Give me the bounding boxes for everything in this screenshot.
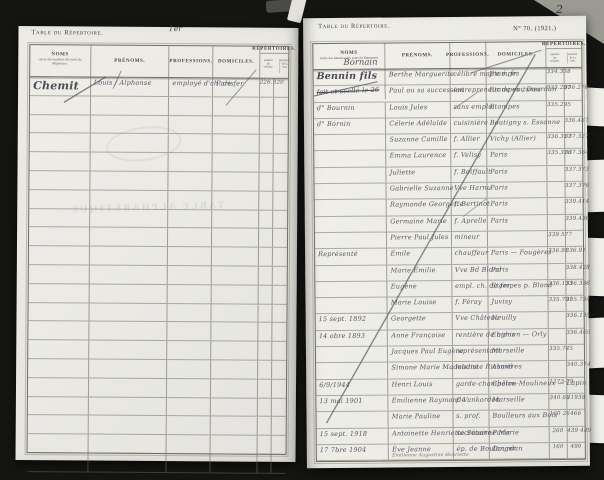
prenoms-subtext bbox=[92, 267, 167, 268]
prenoms-text: Ève Jeanne bbox=[392, 445, 431, 453]
cell-profession bbox=[168, 210, 212, 228]
cell-repertoire-volume: 334.338 bbox=[547, 68, 565, 83]
cell-repertoire-case: 466 bbox=[567, 410, 585, 425]
cell-repertoire-case: 337.376 bbox=[565, 182, 583, 197]
handwritten-folio-number: 2 bbox=[556, 4, 563, 15]
prenoms-subtext bbox=[93, 210, 168, 211]
cell-domicile: Boulleurs aux Bois bbox=[489, 410, 549, 426]
table-row: 17 7bre 1904 Ève Jeanne Emilienne August… bbox=[317, 443, 585, 462]
prenoms-subtext bbox=[92, 398, 167, 399]
cell-noms: 15 sept. 1918 bbox=[317, 428, 389, 444]
cell-prenoms: Anne Françoise bbox=[388, 330, 452, 346]
cell-repertoire-volume: 336.133 bbox=[548, 280, 566, 295]
cell-noms bbox=[29, 190, 90, 208]
cell-profession: f. Féray bbox=[452, 297, 488, 313]
cell-profession bbox=[167, 454, 211, 472]
table-row bbox=[29, 190, 287, 211]
header-prenoms: PRÉNOMS. bbox=[91, 46, 170, 78]
cell-noms: 13 mai 1901 bbox=[316, 395, 388, 411]
cell-domicile bbox=[213, 172, 260, 190]
cell-prenoms: Pierre Paul Jules bbox=[387, 232, 451, 248]
cell-profession: ép. de Boulanger bbox=[453, 443, 489, 459]
cell-repertoire-volume bbox=[257, 455, 271, 473]
cell-noms bbox=[315, 232, 387, 248]
cell-repertoire-case bbox=[273, 173, 287, 191]
prenoms-text: Juliette bbox=[390, 168, 416, 176]
table-body: Chemit Louis / Alphonse employé d'ch. de… bbox=[27, 77, 288, 474]
cell-profession bbox=[167, 398, 211, 416]
cell-profession: Vve Bd Blond bbox=[452, 264, 488, 280]
right-page: Table du Répertoire. N° 70. (1921.) NOMS… bbox=[303, 16, 590, 468]
cell-profession: garde-champêtre bbox=[453, 378, 489, 394]
cell-repertoire-volume: 335.295 bbox=[547, 101, 565, 116]
header-repertoires: RÉPERTOIRES. numéro du volume. numéro de… bbox=[546, 42, 581, 67]
cell-repertoire-volume bbox=[549, 329, 567, 344]
prenoms-subtext bbox=[93, 191, 168, 192]
cell-repertoire-case: 337.373 bbox=[565, 166, 583, 181]
table-row bbox=[28, 303, 286, 324]
cell-prenoms: Suzanne Camille bbox=[386, 134, 450, 150]
prenoms-text: Pierre Paul Jules bbox=[390, 233, 448, 242]
cell-prenoms: Marie Pauline bbox=[389, 411, 453, 427]
cell-domicile bbox=[211, 417, 258, 435]
cell-domicile bbox=[211, 436, 258, 454]
cell-repertoire-volume bbox=[258, 379, 272, 397]
table-row: Chemit Louis / Alphonse employé d'ch. de… bbox=[30, 77, 288, 98]
cell-repertoire-volume bbox=[549, 312, 567, 327]
cell-repertoire-volume bbox=[258, 248, 272, 266]
cell-domicile bbox=[211, 323, 258, 341]
cell-domicile bbox=[212, 191, 259, 209]
prenoms-subtext: Emilienne Augustine Henriette bbox=[392, 453, 452, 459]
cell-prenoms: Antoinette Henriette Suzanne Marie bbox=[389, 427, 453, 443]
cell-prenoms bbox=[89, 303, 168, 321]
cell-prenoms bbox=[89, 265, 168, 283]
prenoms-subtext bbox=[93, 173, 168, 174]
cell-domicile: Etampes p. Blond bbox=[488, 280, 548, 296]
cell-noms bbox=[28, 378, 89, 396]
cell-repertoire-volume bbox=[257, 398, 271, 416]
cell-domicile bbox=[213, 154, 260, 172]
cell-repertoire-case bbox=[273, 154, 287, 172]
cell-profession: rentière de biens bbox=[452, 329, 488, 345]
cell-repertoire-volume bbox=[259, 173, 273, 191]
prenoms-subtext bbox=[92, 304, 167, 305]
cell-noms bbox=[27, 453, 88, 471]
cell-profession bbox=[169, 153, 213, 171]
cell-repertoire-volume bbox=[258, 342, 272, 360]
cell-domicile: Chalou-Moulineux — Lapin bbox=[489, 378, 549, 394]
cell-noms bbox=[28, 303, 89, 321]
cell-repertoire-case bbox=[273, 210, 287, 228]
cell-noms: Bennin fils bbox=[313, 70, 385, 86]
cell-domicile bbox=[212, 210, 259, 228]
cell-repertoire-volume bbox=[258, 323, 272, 341]
cell-repertoire-case bbox=[564, 100, 582, 115]
cell-domicile bbox=[212, 304, 259, 322]
cell-prenoms: Louis Jules bbox=[386, 102, 450, 118]
cell-profession bbox=[168, 228, 212, 246]
cell-domicile: Enghien — Orly bbox=[489, 329, 549, 345]
cell-profession: f. Vankorden bbox=[453, 395, 489, 411]
cell-noms bbox=[315, 265, 387, 281]
cell-repertoire-volume bbox=[549, 361, 567, 376]
cell-prenoms bbox=[88, 435, 167, 453]
cell-prenoms bbox=[88, 397, 167, 415]
cell-repertoire-case: 339.414 bbox=[565, 198, 583, 213]
table-row bbox=[28, 321, 286, 342]
cell-profession bbox=[168, 341, 212, 359]
cell-profession: chauffeur bbox=[452, 248, 488, 264]
header-domiciles: DOMICILES. bbox=[486, 42, 547, 68]
cell-domicile: Paris bbox=[487, 182, 547, 198]
cell-profession: Vve Château bbox=[452, 313, 488, 329]
cell-repertoire-volume bbox=[258, 361, 272, 379]
cell-domicile bbox=[211, 398, 258, 416]
cell-repertoire-volume bbox=[257, 417, 271, 435]
cell-profession: s. prof. bbox=[453, 411, 489, 427]
table-row bbox=[30, 115, 288, 136]
cell-noms bbox=[314, 135, 386, 151]
cell-prenoms bbox=[90, 134, 169, 152]
cell-profession: f. Boiffault bbox=[451, 166, 487, 182]
page-title: Table du Répertoire. bbox=[31, 29, 103, 37]
cell-repertoire-volume: 339.577 bbox=[548, 231, 566, 246]
cell-repertoire-case bbox=[273, 248, 287, 266]
cell-domicile: Marseille bbox=[489, 345, 549, 361]
cell-repertoire-case bbox=[272, 380, 286, 398]
cell-profession: employé d'ch. de fer bbox=[169, 78, 213, 96]
cell-noms bbox=[28, 359, 89, 377]
cell-repertoire-volume: 333.287 bbox=[547, 84, 565, 99]
prenoms-text: Louis Jules bbox=[389, 103, 427, 111]
prenoms-text: Louis / Alphonse bbox=[94, 79, 152, 87]
cell-repertoire-case bbox=[271, 417, 285, 435]
cell-prenoms: Raymonde Georgette bbox=[387, 199, 451, 215]
prenoms-text: Berthe Marguerite bbox=[389, 70, 454, 79]
cell-repertoire-case bbox=[566, 345, 584, 360]
cell-noms bbox=[316, 363, 388, 379]
cell-noms bbox=[315, 200, 387, 216]
cell-domicile: Boutigny s. Essonne bbox=[487, 117, 547, 133]
repertoire-table-right: NOMS suivis des numéros des actes du Rép… bbox=[312, 41, 586, 462]
prenoms-text: Marie Émilie bbox=[391, 266, 436, 274]
cell-repertoire-case: 439 489 bbox=[567, 426, 585, 441]
cell-domicile: Vichy (Allier) bbox=[487, 133, 547, 149]
cell-domicile bbox=[212, 285, 259, 303]
cell-domicile: Neuilly bbox=[488, 313, 548, 329]
cell-profession bbox=[167, 379, 211, 397]
cell-domicile: Juvisy bbox=[488, 296, 548, 312]
cell-profession: empl. ch. de fer bbox=[452, 280, 488, 296]
prenoms-text: Anne Françoise bbox=[391, 331, 445, 339]
prenoms-text: Henri Louis bbox=[392, 380, 433, 388]
cell-repertoire-volume: 160 26 bbox=[550, 410, 568, 425]
prenoms-text: Marie Pauline bbox=[392, 412, 441, 420]
prenoms-subtext bbox=[92, 285, 167, 286]
cell-repertoire-case bbox=[274, 98, 288, 116]
cell-profession bbox=[168, 304, 212, 322]
cell-noms bbox=[30, 152, 91, 170]
cell-domicile bbox=[213, 135, 260, 153]
cell-prenoms bbox=[90, 115, 169, 133]
cell-prenoms bbox=[89, 322, 168, 340]
prenoms-text: Gabrielle Suzanne bbox=[390, 184, 454, 193]
cell-noms bbox=[30, 96, 91, 114]
prenoms-text: Georgette bbox=[391, 315, 426, 323]
cell-noms bbox=[315, 281, 387, 297]
cell-noms bbox=[316, 412, 388, 428]
scanned-register-page: 2 Table du Répertoire. 1er TABLE ALPHABÉ… bbox=[0, 0, 604, 480]
cell-domicile bbox=[212, 229, 259, 247]
table-row bbox=[29, 265, 287, 286]
cell-repertoire-volume bbox=[258, 267, 272, 285]
cell-prenoms bbox=[89, 341, 168, 359]
cell-noms bbox=[30, 133, 91, 151]
table-row bbox=[28, 397, 286, 418]
cell-repertoire-volume bbox=[259, 154, 273, 172]
table-row bbox=[30, 96, 288, 117]
cell-noms bbox=[314, 151, 386, 167]
cell-prenoms: Georgette bbox=[388, 313, 452, 329]
cell-profession bbox=[168, 247, 212, 265]
repertoire-table-left: NOMS suivis des numéros des actes du Rép… bbox=[27, 44, 290, 455]
cell-repertoire-case: 338.428 bbox=[566, 263, 584, 278]
table-row bbox=[28, 340, 286, 361]
cell-repertoire-volume: 336.317 bbox=[547, 133, 565, 148]
cell-repertoire-volume: 335.316 bbox=[547, 149, 565, 164]
cell-prenoms: Louis / Alphonse bbox=[91, 78, 170, 96]
prenoms-subtext bbox=[91, 436, 166, 437]
cell-domicile: Paris bbox=[213, 78, 260, 96]
cell-repertoire-volume: 340.66 bbox=[549, 394, 567, 409]
cell-repertoire-case bbox=[271, 455, 285, 473]
cell-prenoms: Jacques Paul Eugène bbox=[388, 346, 452, 362]
cell-noms: d° Bornin bbox=[314, 118, 386, 134]
table-row bbox=[27, 453, 285, 474]
cell-prenoms bbox=[89, 284, 168, 302]
cell-domicile: Paris bbox=[488, 215, 548, 231]
cell-repertoire-case bbox=[273, 192, 287, 210]
prenoms-text: Célerie Adélaïde bbox=[389, 119, 447, 128]
prenoms-subtext bbox=[93, 135, 168, 136]
cell-repertoire-case bbox=[272, 342, 286, 360]
table-row bbox=[29, 227, 287, 248]
cell-prenoms: Ève Jeanne Emilienne Augustine Henriette bbox=[389, 444, 453, 460]
cell-profession: représentant bbox=[453, 346, 489, 362]
cell-profession: sans emploi bbox=[450, 101, 486, 117]
table-header: NOMS suivis des numéros des actes du Rép… bbox=[30, 45, 288, 79]
cell-domicile: Etampes bbox=[487, 101, 547, 117]
cell-noms: 14 obre 1893 bbox=[316, 330, 388, 346]
cell-prenoms: Germaine Marie bbox=[387, 216, 451, 232]
cell-noms bbox=[315, 216, 387, 232]
cell-noms: d° Bournin bbox=[314, 102, 386, 118]
cell-profession bbox=[167, 416, 211, 434]
cell-prenoms: Célerie Adélaïde bbox=[386, 118, 450, 134]
cell-prenoms: Marie Émilie bbox=[388, 265, 452, 281]
cell-repertoire-volume bbox=[259, 210, 273, 228]
cell-profession bbox=[168, 266, 212, 284]
cell-domicile: Paris bbox=[487, 198, 547, 214]
cell-prenoms bbox=[90, 153, 169, 171]
cell-repertoire-case bbox=[564, 68, 582, 83]
cell-profession: mineur bbox=[452, 232, 488, 248]
cell-prenoms: Berthe Marguerite bbox=[386, 69, 450, 85]
group-heading-handwritten: Bornain bbox=[343, 59, 377, 68]
page-number: N° 70. (1921.) bbox=[513, 25, 556, 32]
cell-noms bbox=[30, 115, 91, 133]
cell-prenoms bbox=[88, 453, 167, 471]
cell-domicile bbox=[211, 454, 258, 472]
prenoms-subtext bbox=[94, 97, 169, 98]
cell-noms bbox=[314, 167, 386, 183]
cell-domicile: Paris bbox=[489, 427, 549, 443]
cell-repertoire-volume bbox=[548, 182, 566, 197]
cell-repertoire-volume bbox=[258, 285, 272, 303]
cell-repertoire-volume bbox=[259, 135, 273, 153]
table-row bbox=[28, 359, 286, 380]
prenoms-subtext bbox=[93, 154, 168, 155]
cell-repertoire-case bbox=[274, 79, 288, 97]
prenoms-text: Eugène bbox=[391, 282, 417, 290]
cell-repertoire-case: 335.734 bbox=[566, 296, 584, 311]
prenoms-subtext bbox=[94, 116, 169, 117]
cell-repertoire-volume: 336.91 bbox=[548, 247, 566, 262]
cell-repertoire-case: 336.336 bbox=[566, 280, 584, 295]
cell-domicile: Paris — Fougères bbox=[488, 247, 548, 263]
page-title: Table du Répertoire. bbox=[318, 22, 390, 30]
cell-repertoire-case: 336.467 bbox=[564, 117, 582, 132]
cell-repertoire-case bbox=[274, 116, 288, 134]
cell-profession: f. Aprelle bbox=[451, 215, 487, 231]
cell-repertoire-case: 336.405 bbox=[566, 329, 584, 344]
cell-noms bbox=[29, 209, 90, 227]
header-repertoires: RÉPERTOIRES. numéro du volume. numéro de… bbox=[260, 47, 289, 78]
cell-repertoire-volume bbox=[259, 229, 273, 247]
cell-domicile: Paris bbox=[488, 264, 548, 280]
cell-domicile bbox=[213, 97, 260, 115]
cell-repertoire-case: 340.314 bbox=[567, 361, 585, 376]
cell-prenoms bbox=[88, 416, 167, 434]
cell-repertoire-volume: 226.320 bbox=[260, 79, 274, 97]
table-row bbox=[30, 133, 288, 154]
cell-repertoire-case bbox=[272, 323, 286, 341]
prenoms-subtext bbox=[93, 248, 168, 249]
cell-noms bbox=[28, 434, 89, 452]
cell-domicile: Dourdan bbox=[490, 443, 550, 459]
cell-repertoire-case: 490 bbox=[567, 443, 585, 458]
cell-repertoire-case bbox=[567, 377, 585, 392]
cell-repertoire-case bbox=[565, 231, 583, 246]
prenoms-text: Marie Louise bbox=[391, 298, 437, 306]
header-professions: PROFESSIONS. bbox=[450, 43, 486, 68]
cell-domicile: Asnières bbox=[489, 361, 549, 377]
cell-prenoms bbox=[90, 228, 169, 246]
cell-profession bbox=[169, 191, 213, 209]
cell-noms bbox=[29, 284, 90, 302]
prenoms-subtext bbox=[92, 342, 167, 343]
cell-repertoire-volume: 1273-79 bbox=[549, 378, 567, 393]
prenoms-subtext bbox=[93, 229, 168, 230]
prenoms-text: Germaine Marie bbox=[390, 217, 447, 225]
prenoms-subtext bbox=[91, 417, 166, 418]
cell-repertoire-case bbox=[273, 267, 287, 285]
cell-prenoms bbox=[90, 172, 169, 190]
cell-profession: secrétaire bbox=[453, 427, 489, 443]
table-row bbox=[29, 246, 287, 267]
header-noms: NOMS suivis des numéros des actes du Rép… bbox=[30, 45, 91, 76]
cell-prenoms: Émilienne Raymonde bbox=[389, 395, 453, 411]
cell-prenoms: Marie Louise bbox=[388, 297, 452, 313]
cell-repertoire-volume: 335.745 bbox=[549, 345, 567, 360]
cell-domicile: Paris bbox=[487, 166, 547, 182]
cell-repertoire-volume bbox=[547, 166, 565, 181]
cell-repertoire-case bbox=[273, 229, 287, 247]
left-page: Table du Répertoire. 1er TABLE ALPHABÉTI… bbox=[15, 26, 298, 462]
cell-noms bbox=[28, 415, 89, 433]
cell-profession: célibre majre é. fr. bbox=[450, 69, 486, 85]
cell-repertoire-volume: 260 bbox=[550, 426, 568, 441]
cell-noms: Représenté bbox=[315, 249, 387, 265]
prenoms-subtext bbox=[92, 379, 167, 380]
cell-domicile: Paris bbox=[487, 150, 547, 166]
prenoms-subtext bbox=[91, 454, 166, 455]
prenoms-text: Émile bbox=[390, 250, 410, 258]
table-body: Bennin fils Berthe Marguerite célibre ma… bbox=[313, 68, 584, 461]
cell-profession bbox=[169, 172, 213, 190]
cell-profession: f. Velisy bbox=[451, 150, 487, 166]
prenoms-subtext bbox=[92, 323, 167, 324]
cell-profession bbox=[168, 322, 212, 340]
header-professions: PROFESSIONS. bbox=[169, 46, 213, 77]
cell-profession bbox=[169, 116, 213, 134]
cell-noms: 15 sept. 1892 bbox=[316, 314, 388, 330]
prenoms-subtext bbox=[92, 361, 167, 362]
cell-repertoire-case bbox=[272, 304, 286, 322]
cell-repertoire-case bbox=[272, 286, 286, 304]
cell-profession: cuisinière bbox=[451, 118, 487, 134]
cell-profession bbox=[167, 360, 211, 378]
cell-prenoms: Eugène bbox=[388, 281, 452, 297]
cell-repertoire-volume: 160 bbox=[550, 443, 568, 458]
cell-profession bbox=[169, 97, 213, 115]
table-row bbox=[28, 378, 286, 399]
cell-repertoire-volume bbox=[548, 215, 566, 230]
cell-domicile bbox=[212, 266, 259, 284]
cell-repertoire-case bbox=[272, 398, 286, 416]
cell-prenoms: Simone Marie Madeleine bbox=[388, 362, 452, 378]
cell-repertoire-case: 336.135 bbox=[566, 312, 584, 327]
cell-repertoire-case bbox=[271, 436, 285, 454]
cell-prenoms bbox=[90, 190, 169, 208]
cell-prenoms: Émile bbox=[387, 248, 451, 264]
cell-noms bbox=[315, 298, 387, 314]
cell-noms bbox=[316, 347, 388, 363]
cell-prenoms bbox=[89, 359, 168, 377]
cell-noms bbox=[29, 171, 90, 189]
cell-domicile bbox=[211, 379, 258, 397]
table-row bbox=[30, 152, 288, 173]
cell-profession: modiste Richard bbox=[453, 362, 489, 378]
prenoms-text: Suzanne Camille bbox=[389, 135, 447, 144]
cell-domicile: Etampes , Dourdan bbox=[486, 84, 546, 100]
cell-repertoire-volume bbox=[259, 116, 273, 134]
cell-profession bbox=[168, 285, 212, 303]
cell-noms bbox=[314, 184, 386, 200]
cell-repertoire-case: 336.91 bbox=[566, 247, 584, 262]
cell-repertoire-volume bbox=[259, 191, 273, 209]
